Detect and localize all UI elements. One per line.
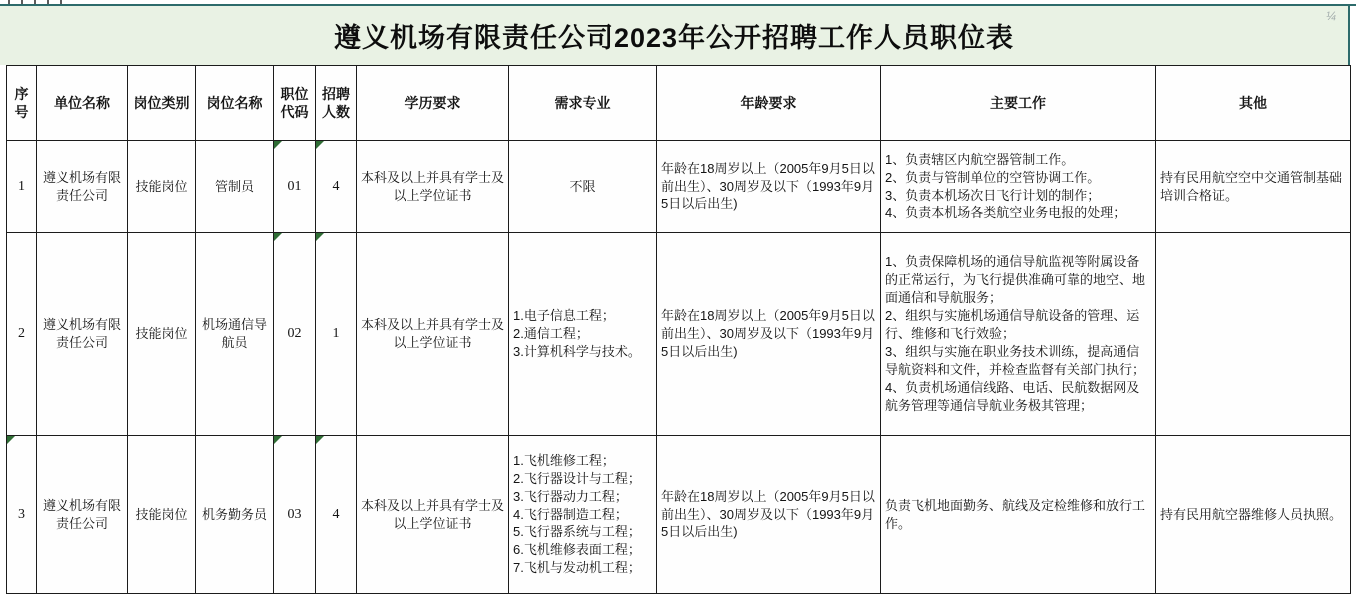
cell-no: 3: [7, 436, 37, 594]
corner-mark: ¼: [1326, 9, 1336, 23]
cell-no: 1: [7, 141, 37, 233]
cell-other: [1156, 233, 1351, 436]
cell-other: 持有民用航空器维修人员执照。: [1156, 436, 1351, 594]
column-header-other: 其他: [1156, 66, 1351, 141]
cell-work: 负责飞机地面勤务、航线及定检维修和放行工作。: [881, 436, 1156, 594]
column-header-major: 需求专业: [509, 66, 657, 141]
cell-major: 1.电子信息工程； 2.通信工程； 3.计算机科学与技术。: [509, 233, 657, 436]
cell-code: 01: [274, 141, 316, 233]
column-header-work: 主要工作: [881, 66, 1156, 141]
cell-category: 技能岗位: [128, 141, 196, 233]
column-header-count: 招聘人数: [316, 66, 357, 141]
cell-no: 2: [7, 233, 37, 436]
cell-position: 机场通信导航员: [196, 233, 274, 436]
cell-work: 1、负责保障机场的通信导航监视等附属设备的正常运行，为飞行提供准确可靠的地空、地…: [881, 233, 1156, 436]
cell-age: 年龄在18周岁以上（2005年9月5日以前出生）、30周岁及以下（1993年9月…: [657, 436, 881, 594]
cell-major: 不限: [509, 141, 657, 233]
title-banner: 遵义机场有限责任公司2023年公开招聘工作人员职位表 ¼: [0, 6, 1350, 65]
column-header-code: 职位代码: [274, 66, 316, 141]
cell-work: 1、负责辖区内航空器管制工作。 2、负责与管制单位的空管协调工作。 3、负责本机…: [881, 141, 1156, 233]
column-header-education: 学历要求: [357, 66, 509, 141]
cell-education: 本科及以上并具有学士及以上学位证书: [357, 233, 509, 436]
recruitment-table-page: 遵义机场有限责任公司2023年公开招聘工作人员职位表 ¼ 序号 单位名称 岗位类…: [0, 0, 1356, 601]
cell-category: 技能岗位: [128, 233, 196, 436]
cell-position: 机务勤务员: [196, 436, 274, 594]
cell-code: 03: [274, 436, 316, 594]
cell-count: 1: [316, 233, 357, 436]
cell-age: 年龄在18周岁以上（2005年9月5日以前出生）、30周岁及以下（1993年9月…: [657, 233, 881, 436]
cell-unit: 遵义机场有限责任公司: [37, 233, 128, 436]
column-header-no: 序号: [7, 66, 37, 141]
column-header-unit: 单位名称: [37, 66, 128, 141]
column-header-position: 岗位名称: [196, 66, 274, 141]
cell-education: 本科及以上并具有学士及以上学位证书: [357, 141, 509, 233]
table-row: 1 遵义机场有限责任公司 技能岗位 管制员 01 4 本科及以上并具有学士及以上…: [7, 141, 1351, 233]
cell-code: 02: [274, 233, 316, 436]
header-row: 序号 单位名称 岗位类别 岗位名称 职位代码 招聘人数 学历要求 需求专业 年龄…: [7, 66, 1351, 141]
positions-table: 序号 单位名称 岗位类别 岗位名称 职位代码 招聘人数 学历要求 需求专业 年龄…: [6, 65, 1351, 594]
page-title: 遵义机场有限责任公司2023年公开招聘工作人员职位表: [334, 16, 1014, 55]
cell-other: 持有民用航空空中交通管制基础培训合格证。: [1156, 141, 1351, 233]
cell-age: 年龄在18周岁以上（2005年9月5日以前出生）、30周岁及以下（1993年9月…: [657, 141, 881, 233]
column-header-category: 岗位类别: [128, 66, 196, 141]
cell-education: 本科及以上并具有学士及以上学位证书: [357, 436, 509, 594]
cell-count: 4: [316, 436, 357, 594]
column-header-age: 年龄要求: [657, 66, 881, 141]
cell-count: 4: [316, 141, 357, 233]
cell-major: 1.飞机维修工程； 2.飞行器设计与工程； 3.飞行器动力工程； 4.飞行器制造…: [509, 436, 657, 594]
table-row: 3 遵义机场有限责任公司 技能岗位 机务勤务员 03 4 本科及以上并具有学士及…: [7, 436, 1351, 594]
cell-unit: 遵义机场有限责任公司: [37, 436, 128, 594]
table-row: 2 遵义机场有限责任公司 技能岗位 机场通信导航员 02 1 本科及以上并具有学…: [7, 233, 1351, 436]
cell-category: 技能岗位: [128, 436, 196, 594]
cell-unit: 遵义机场有限责任公司: [37, 141, 128, 233]
cell-position: 管制员: [196, 141, 274, 233]
positions-table-wrap: 序号 单位名称 岗位类别 岗位名称 职位代码 招聘人数 学历要求 需求专业 年龄…: [6, 65, 1351, 594]
